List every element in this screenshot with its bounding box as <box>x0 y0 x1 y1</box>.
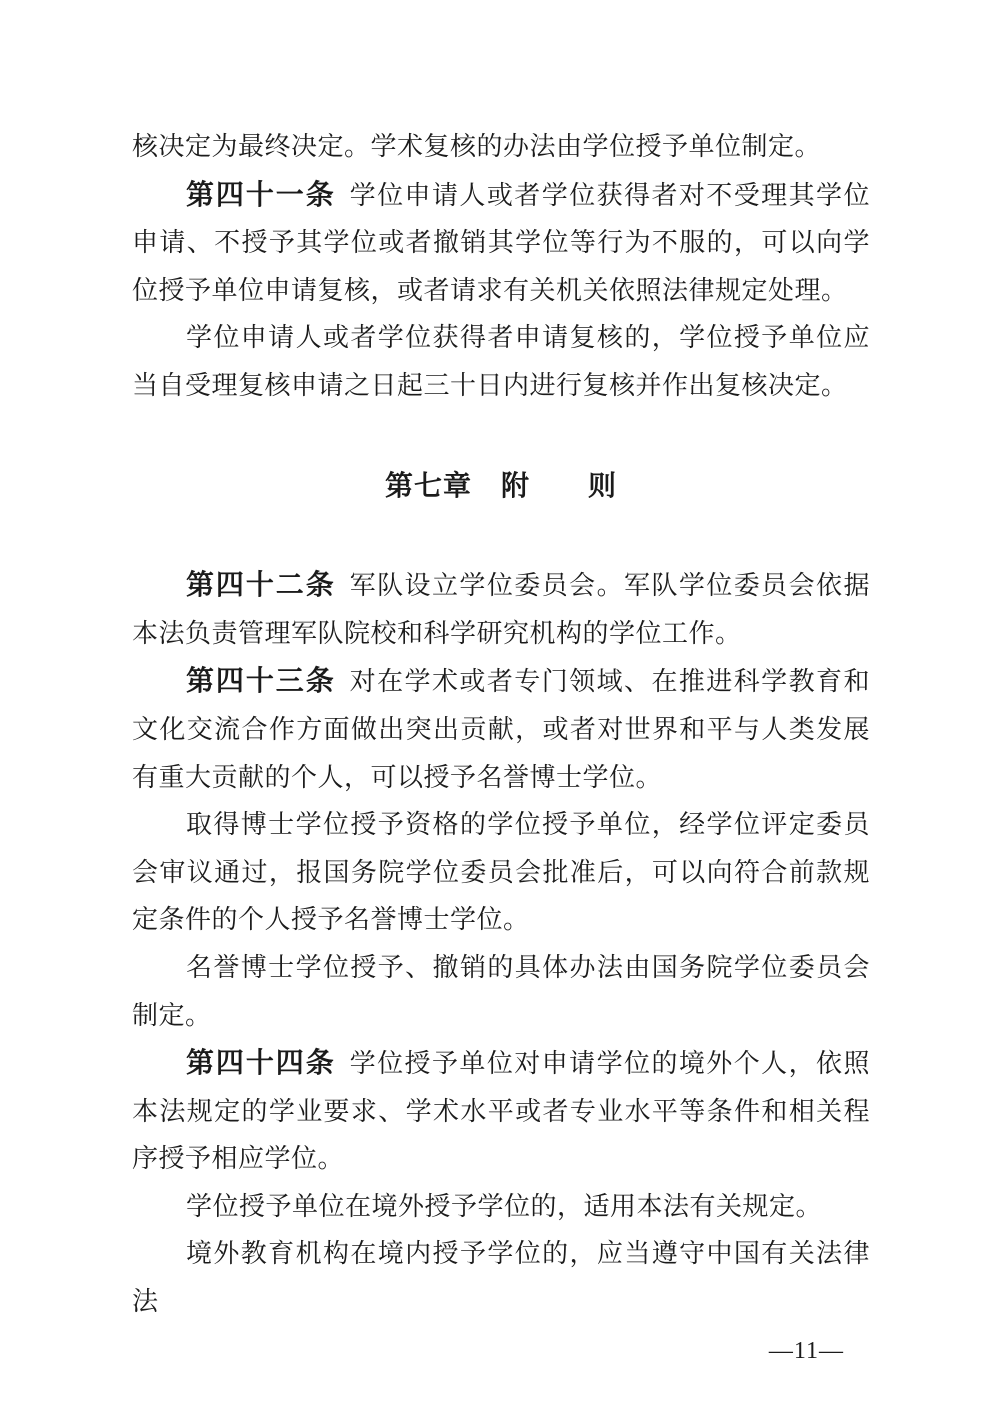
paragraph-text: 核决定为最终决定。学术复核的办法由学位授予单位制定。 <box>132 132 821 161</box>
article-paragraph: 第四十四条学位授予单位对申请学位的境外个人，依照本法规定的学业要求、学术水平或者… <box>132 1039 870 1183</box>
paragraph-text: 取得博士学位授予资格的学位授予单位，经学位评定委员会审议通过，报国务院学位委员会… <box>132 810 870 934</box>
document-text-block: 核决定为最终决定。学术复核的办法由学位授予单位制定。第四十一条学位申请人或者学位… <box>132 123 870 1326</box>
body-paragraph: 学位申请人或者学位获得者申请复核的，学位授予单位应当自受理复核申请之日起三十日内… <box>132 314 870 409</box>
article-number: 第四十四条 <box>186 1046 336 1079</box>
article-number: 第四十二条 <box>186 568 336 601</box>
scanned-document-page: 核决定为最终决定。学术复核的办法由学位授予单位制定。第四十一条学位申请人或者学位… <box>0 0 992 1403</box>
body-paragraph: 境外教育机构在境内授予学位的，应当遵守中国有关法律法 <box>132 1230 870 1325</box>
article-number: 第四十一条 <box>186 178 336 211</box>
body-paragraph: 取得博士学位授予资格的学位授予单位，经学位评定委员会审议通过，报国务院学位委员会… <box>132 801 870 944</box>
body-paragraph: 名誉博士学位授予、撤销的具体办法由国务院学位委员会制定。 <box>132 944 870 1039</box>
paragraph-text: 学位申请人或者学位获得者申请复核的，学位授予单位应当自受理复核申请之日起三十日内… <box>132 323 870 400</box>
article-paragraph: 第四十二条军队设立学位委员会。军队学位委员会依据本法负责管理军队院校和科学研究机… <box>132 561 870 657</box>
paragraph-text: 境外教育机构在境内授予学位的，应当遵守中国有关法律法 <box>132 1239 870 1316</box>
chapter-heading: 第七章 附 则 <box>132 462 870 510</box>
paragraph-text: 学位授予单位在境外授予学位的，适用本法有关规定。 <box>186 1192 822 1221</box>
paragraph-text: 名誉博士学位授予、撤销的具体办法由国务院学位委员会制定。 <box>132 953 870 1030</box>
article-paragraph: 第四十三条对在学术或者专门领域、在推进科学教育和文化交流合作方面做出突出贡献，或… <box>132 657 870 801</box>
page-number: —11— <box>769 1338 844 1365</box>
body-paragraph: 核决定为最终决定。学术复核的办法由学位授予单位制定。 <box>132 123 870 171</box>
article-number: 第四十三条 <box>186 664 336 697</box>
article-paragraph: 第四十一条学位申请人或者学位获得者对不受理其学位申请、不授予其学位或者撤销其学位… <box>132 171 870 315</box>
body-paragraph: 学位授予单位在境外授予学位的，适用本法有关规定。 <box>132 1183 870 1231</box>
